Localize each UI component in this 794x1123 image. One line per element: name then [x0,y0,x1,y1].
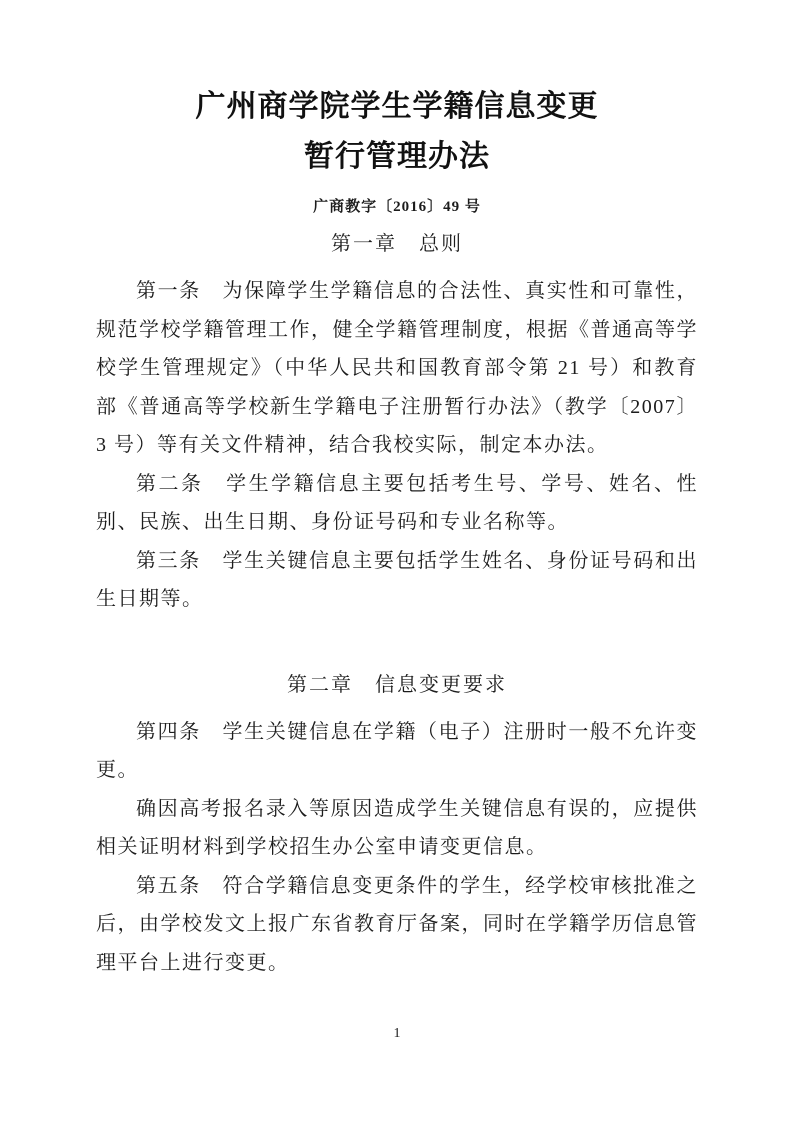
document-title-line1: 广州商学院学生学籍信息变更 [96,82,698,132]
chapter-1-heading: 第一章 总则 [96,230,698,258]
article-4-paragraph: 第四条 学生关键信息在学籍（电子）注册时一般不允许变更。 [96,713,698,790]
document-page: 广州商学院学生学籍信息变更 暂行管理办法 广商教字〔2016〕49 号 第一章 … [0,0,794,1123]
article-4-continuation-paragraph: 确因高考报名录入等原因造成学生关键信息有误的，应提供相关证明材料到学校招生办公室… [96,790,698,867]
article-2-paragraph: 第二条 学生学籍信息主要包括考生号、学号、姓名、性别、民族、出生日期、身份证号码… [96,465,698,542]
document-number: 广商教字〔2016〕49 号 [96,196,698,218]
document-content: 广州商学院学生学籍信息变更 暂行管理办法 广商教字〔2016〕49 号 第一章 … [0,0,794,982]
article-5-paragraph: 第五条 符合学籍信息变更条件的学生，经学校审核批准之后，由学校发文上报广东省教育… [96,867,698,983]
article-1-paragraph: 第一条 为保障学生学籍信息的合法性、真实性和可靠性，规范学校学籍管理工作，健全学… [96,272,698,465]
page-number: 1 [0,1026,794,1042]
document-title-line2: 暂行管理办法 [96,132,698,182]
chapter-2-heading: 第二章 信息变更要求 [96,671,698,699]
article-3-paragraph: 第三条 学生关键信息主要包括学生姓名、身份证号码和出生日期等。 [96,542,698,619]
document-title: 广州商学院学生学籍信息变更 暂行管理办法 [96,82,698,182]
